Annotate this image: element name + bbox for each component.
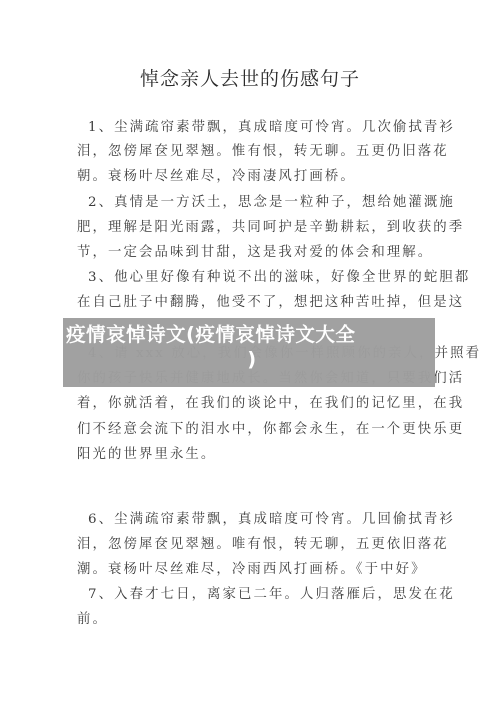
text-line: 6、尘满疏帘素带飘，真成暗度可怜宵。几回偷拭青衫 <box>88 512 438 528</box>
banner-title-line-1: 疫情哀悼诗文(疫情哀悼诗文大全 <box>66 322 438 347</box>
banner-title-line-2: ) <box>66 347 438 372</box>
text-line: 着，你就活着，在我们的谈论中，在我们的记忆里，在我 <box>77 396 427 412</box>
text-line: 节，一定会品味到甘甜，这是我对爱的体会和理解。 <box>77 245 427 261</box>
text-line: 泪，忽傍犀奁见翠翘。惟有恨，转无聊。五更仍旧落花 <box>77 144 427 160</box>
text-line: 们不经意会流下的泪水中，你都会永生，在一个更快乐更 <box>77 422 427 438</box>
text-line: 3、他心里好像有种说不出的滋味，好像全世界的蛇胆都 <box>88 270 438 286</box>
text-line: 2、真情是一方沃土，思念是一粒种子，想给她灌溉施 <box>88 195 438 211</box>
text-line: 潮。衰杨叶尽丝难尽，冷雨西风打画桥。《于中好》 <box>77 562 427 578</box>
text-line: 7、入春才七日，离家已二年。人归落雁后，思发在花 <box>88 587 438 603</box>
text-line: 前。 <box>77 612 427 628</box>
overlay-banner-title: 疫情哀悼诗文(疫情哀悼诗文大全 ) <box>66 318 438 372</box>
text-line: 阳光的世界里永生。 <box>77 447 427 463</box>
document-page: 悼念亲人去世的伤感句子 1、尘满疏帘素带飘，真成暗度可怜宵。几次偷拭青衫 泪，忽… <box>0 0 500 706</box>
text-line: 1、尘满疏帘素带飘，真成暗度可怜宵。几次偷拭青衫 <box>88 120 438 136</box>
text-line: 在自己肚子中翻腾，他受不了，想把这种苦吐掉，但是这 <box>77 295 427 311</box>
text-line: 泪，忽傍犀奁见翠翘。唯有恨，转无聊，五更依旧落花 <box>77 537 427 553</box>
text-line: 朝。衰杨叶尽丝难尽，冷雨凄风打画桥。 <box>77 169 427 185</box>
document-title: 悼念亲人去世的伤感句子 <box>0 64 500 91</box>
text-line: 肥，理解是阳光雨露，共同呵护是辛勤耕耘，到收获的季 <box>77 220 427 236</box>
